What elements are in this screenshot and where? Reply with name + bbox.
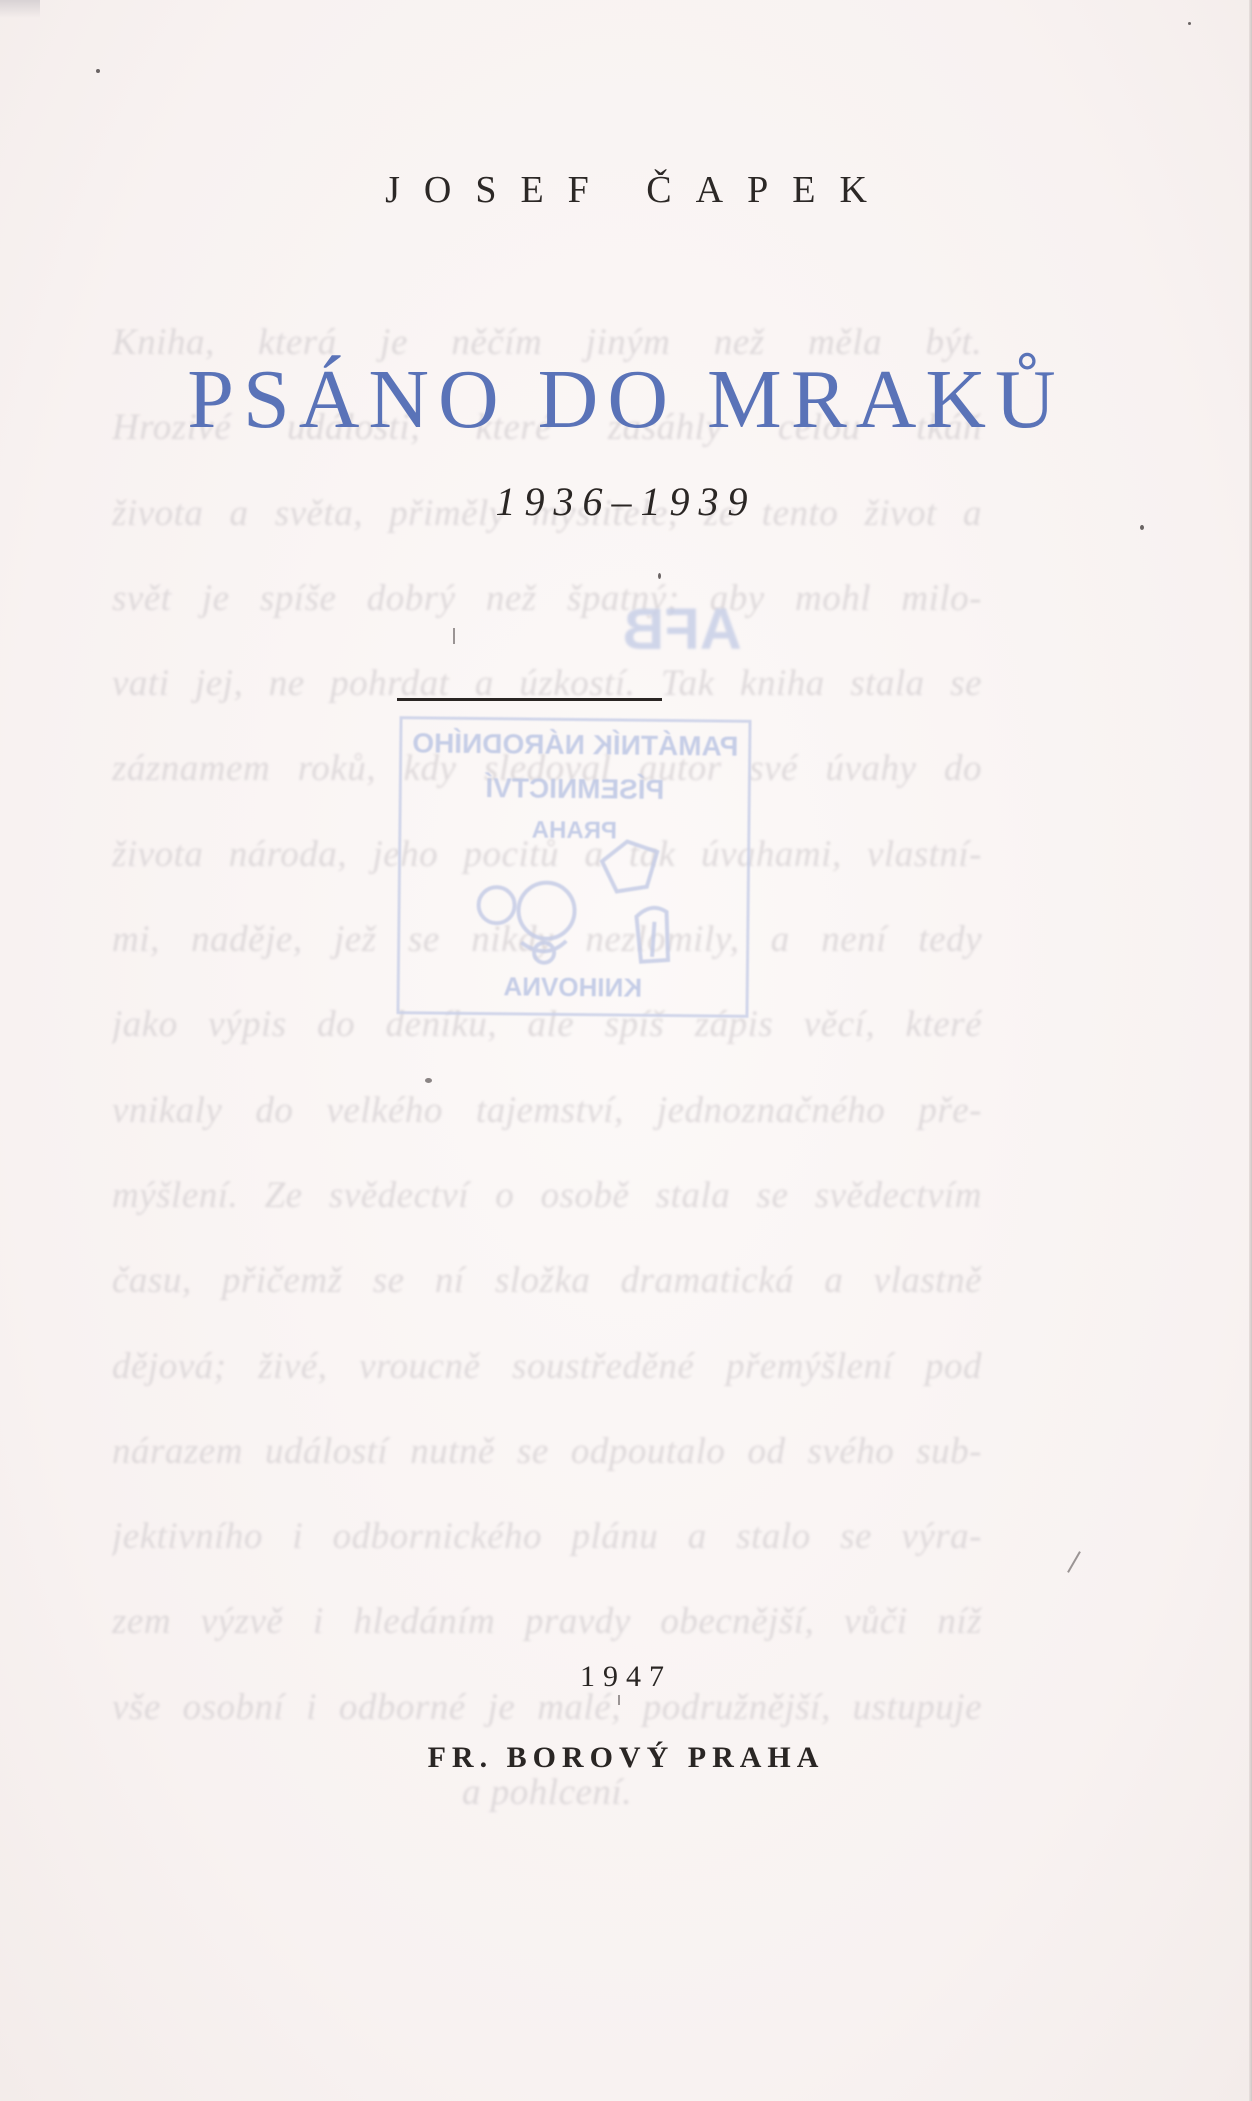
paper-speck — [1188, 22, 1191, 25]
stamp-abbreviation: AFB — [622, 600, 742, 660]
showthrough-line: nárazem událostí nutně se odpoutalo od s… — [112, 1409, 982, 1494]
stamp-line: KNIHOVNA — [400, 970, 746, 1005]
publisher-imprint: FR. BOROVÝ PRAHA — [0, 1741, 1252, 1775]
showthrough-line: času, přičemž se ní složka dramatická a … — [112, 1238, 982, 1323]
showthrough-text: Kniha, která je něčím jiným než měla být… — [112, 300, 982, 1835]
library-stamp: PAMÁTNÍK NÁRODNÍHO PÍSEMNICTVÍ PRAHA KNI… — [396, 716, 751, 1018]
showthrough-line: zem výzvě i hledáním pravdy obecnější, v… — [112, 1579, 982, 1664]
paper-speck — [1140, 525, 1144, 530]
book-title-page: Kniha, která je něčím jiným než měla být… — [0, 0, 1252, 2101]
publication-year: 1947 — [0, 1660, 1252, 1694]
author-name: JOSEF ČAPEK — [0, 168, 1252, 212]
showthrough-line: vnikaly do velkého tajemství, jednoznačn… — [112, 1068, 982, 1153]
showthrough-line: svět je spíše dobrý než špatný; aby mohl… — [112, 556, 982, 641]
showthrough-line: dějová; živé, vroucně soustředěné přemýš… — [112, 1324, 982, 1409]
stamp-line: PAMÁTNÍK NÁRODNÍHO — [402, 727, 748, 763]
book-title: PSÁNO DO MRAKŮ — [0, 352, 1252, 448]
showthrough-line: vati jej, ne pohrdat a úzkostí. Tak knih… — [112, 641, 982, 726]
showthrough-line: jektivního i odbornického plánu a stalo … — [112, 1494, 982, 1579]
paper-speck — [658, 573, 661, 579]
paper-mark — [618, 1695, 620, 1705]
stamp-line: PÍSEMNICTVÍ — [402, 771, 748, 807]
paper-mark — [453, 628, 455, 644]
years-range: 1936–1939 — [0, 478, 1252, 525]
paper-speck — [96, 69, 100, 73]
paper-mark — [1067, 1551, 1081, 1573]
stamp-emblem-icon — [446, 830, 697, 973]
showthrough-line: mýšlení. Ze svědectví o osobě stala se s… — [112, 1153, 982, 1238]
divider-rule — [397, 698, 662, 701]
paper-speck — [425, 1078, 432, 1083]
page-edge-shadow — [0, 0, 40, 18]
